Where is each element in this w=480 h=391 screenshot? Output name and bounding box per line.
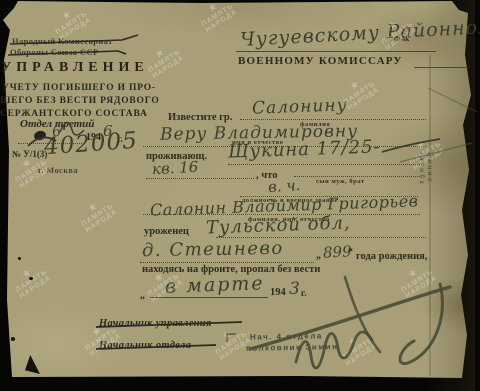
struck-commissariat-line2: Обороны Союза ССР bbox=[10, 47, 99, 57]
stamp-line2: полковник Зимин bbox=[246, 342, 339, 353]
relation-rule bbox=[294, 175, 420, 177]
scanned-document: Народный Комиссариат Обороны Союза ССР У… bbox=[0, 0, 480, 391]
handwritten-address-flat: кв. 16 bbox=[152, 158, 199, 178]
management-title: УПРАВЛЕНИЕ bbox=[1, 60, 149, 76]
village-rule bbox=[140, 261, 314, 263]
ink-speck bbox=[29, 277, 33, 280]
month-rule bbox=[150, 296, 268, 298]
ink-speck bbox=[11, 337, 15, 341]
notify-label: Известите гр. bbox=[168, 112, 232, 123]
relation-caption: сын муж, брат bbox=[316, 178, 365, 185]
born-label: уроженец bbox=[144, 226, 189, 237]
birth-year-quote-close: “ bbox=[348, 247, 353, 258]
surname-rule bbox=[240, 118, 426, 120]
handwritten-missing-year-digit: 3 bbox=[289, 279, 300, 299]
dept-line2: ШЕГО БЕЗ ВЕСТИ РЯДОВОГО bbox=[0, 96, 160, 106]
addressee-underline bbox=[236, 50, 436, 52]
handwritten-unit: в. ч. bbox=[267, 176, 301, 196]
corner-rule bbox=[414, 66, 470, 68]
ink-speck bbox=[18, 257, 21, 260]
birth-year-quote-open: „ bbox=[316, 250, 321, 261]
handwritten-village: д. Стешнево bbox=[142, 238, 284, 261]
dept-line1: УЧЕТУ ПОГИБШЕГО И ПРО- bbox=[2, 83, 156, 93]
missing-year-suffix: г. bbox=[301, 289, 307, 299]
missing-year-printed: 194 bbox=[270, 287, 286, 298]
birth-label: года рождения, bbox=[356, 251, 427, 262]
address-rule2 bbox=[146, 177, 254, 179]
